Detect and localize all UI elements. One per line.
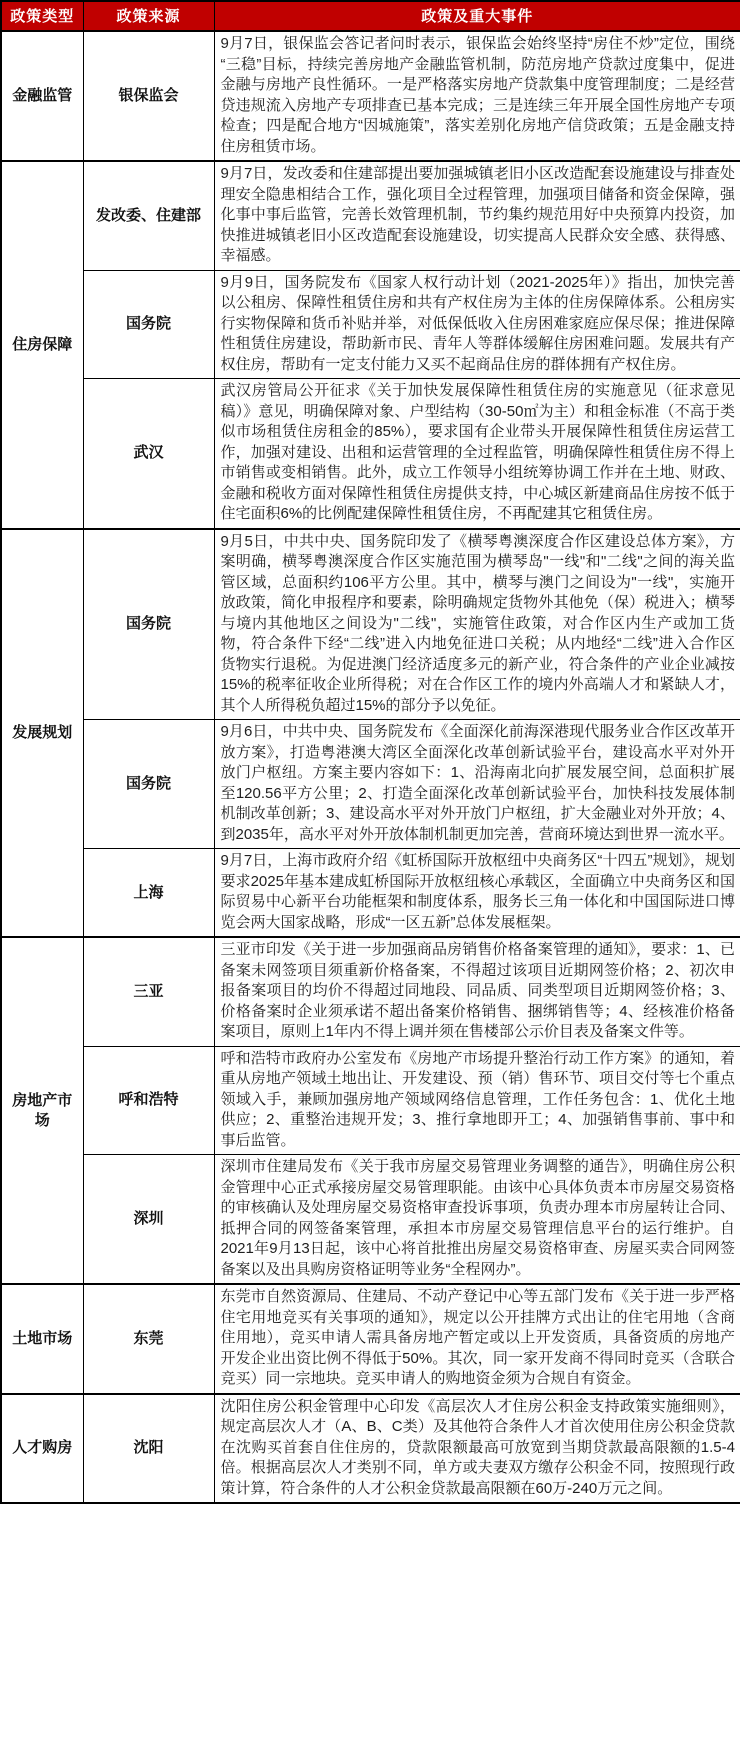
- event-cell: 沈阳住房公积金管理中心印发《高层次人才住房公积金支持政策实施细则》，规定高层次人…: [214, 1394, 740, 1504]
- category-cell: 发展规划: [1, 529, 83, 938]
- table-row: 房地产市场 三亚 三亚市印发《关于进一步加强商品房销售价格备案管理的通知》，要求…: [1, 937, 740, 1046]
- category-cell: 人才购房: [1, 1394, 83, 1504]
- event-cell: 9月6日，中共中央、国务院发布《全面深化前海深港现代服务业合作区改革开放方案》，…: [214, 720, 740, 849]
- category-cell: 住房保障: [1, 161, 83, 529]
- source-cell: 上海: [83, 849, 214, 938]
- table-row: 土地市场 东莞 东莞市自然资源局、住建局、不动产登记中心等五部门发布《关于进一步…: [1, 1284, 740, 1394]
- category-cell: 土地市场: [1, 1284, 83, 1394]
- table-row: 呼和浩特 呼和浩特市政府办公室发布《房地产市场提升整治行动工作方案》的通知，着重…: [1, 1046, 740, 1155]
- header-policy-event: 政策及重大事件: [214, 1, 740, 31]
- policy-table: 政策类型 政策来源 政策及重大事件 金融监管 银保监会 9月7日，银保监会答记者…: [0, 0, 740, 1504]
- source-cell: 呼和浩特: [83, 1046, 214, 1155]
- event-cell: 三亚市印发《关于进一步加强商品房销售价格备案管理的通知》，要求：1、已备案未网签…: [214, 937, 740, 1046]
- source-cell: 沈阳: [83, 1394, 214, 1504]
- table-row: 国务院 9月9日，国务院发布《国家人权行动计划（2021-2025年）》指出，加…: [1, 270, 740, 379]
- header-policy-source: 政策来源: [83, 1, 214, 31]
- event-cell: 深圳市住建局发布《关于我市房屋交易管理业务调整的通告》，明确住房公积金管理中心正…: [214, 1155, 740, 1285]
- source-cell: 国务院: [83, 270, 214, 379]
- source-cell: 国务院: [83, 720, 214, 849]
- table-header-row: 政策类型 政策来源 政策及重大事件: [1, 1, 740, 31]
- source-cell: 国务院: [83, 529, 214, 720]
- source-cell: 武汉: [83, 379, 214, 529]
- table-row: 国务院 9月6日，中共中央、国务院发布《全面深化前海深港现代服务业合作区改革开放…: [1, 720, 740, 849]
- event-cell: 9月7日，发改委和住建部提出要加强城镇老旧小区改造配套设施建设与排查处理安全隐患…: [214, 161, 740, 270]
- event-cell: 呼和浩特市政府办公室发布《房地产市场提升整治行动工作方案》的通知，着重从房地产领…: [214, 1046, 740, 1155]
- event-cell: 东莞市自然资源局、住建局、不动产登记中心等五部门发布《关于进一步严格住宅用地竞买…: [214, 1284, 740, 1394]
- source-cell: 东莞: [83, 1284, 214, 1394]
- event-cell: 9月9日，国务院发布《国家人权行动计划（2021-2025年）》指出，加快完善以…: [214, 270, 740, 379]
- table-row: 武汉 武汉房管局公开征求《关于加快发展保障性租赁住房的实施意见（征求意见稿）》意…: [1, 379, 740, 529]
- table-row: 发展规划 国务院 9月5日，中共中央、国务院印发了《横琴粤澳深度合作区建设总体方…: [1, 529, 740, 720]
- event-cell: 9月7日，上海市政府介绍《虹桥国际开放枢纽中央商务区“十四五”规划》，规划要求2…: [214, 849, 740, 938]
- category-cell: 房地产市场: [1, 937, 83, 1284]
- table-row: 金融监管 银保监会 9月7日，银保监会答记者问时表示，银保监会始终坚持“房住不炒…: [1, 31, 740, 161]
- table-row: 人才购房 沈阳 沈阳住房公积金管理中心印发《高层次人才住房公积金支持政策实施细则…: [1, 1394, 740, 1504]
- event-cell: 9月5日，中共中央、国务院印发了《横琴粤澳深度合作区建设总体方案》，方案明确，横…: [214, 529, 740, 720]
- source-cell: 三亚: [83, 937, 214, 1046]
- category-cell: 金融监管: [1, 31, 83, 161]
- table-row: 深圳 深圳市住建局发布《关于我市房屋交易管理业务调整的通告》，明确住房公积金管理…: [1, 1155, 740, 1285]
- table-row: 上海 9月7日，上海市政府介绍《虹桥国际开放枢纽中央商务区“十四五”规划》，规划…: [1, 849, 740, 938]
- event-cell: 武汉房管局公开征求《关于加快发展保障性租赁住房的实施意见（征求意见稿）》意见，明…: [214, 379, 740, 529]
- table-row: 住房保障 发改委、住建部 9月7日，发改委和住建部提出要加强城镇老旧小区改造配套…: [1, 161, 740, 270]
- source-cell: 发改委、住建部: [83, 161, 214, 270]
- event-cell: 9月7日，银保监会答记者问时表示，银保监会始终坚持“房住不炒”定位，围绕“三稳”…: [214, 31, 740, 161]
- header-policy-type: 政策类型: [1, 1, 83, 31]
- source-cell: 深圳: [83, 1155, 214, 1285]
- source-cell: 银保监会: [83, 31, 214, 161]
